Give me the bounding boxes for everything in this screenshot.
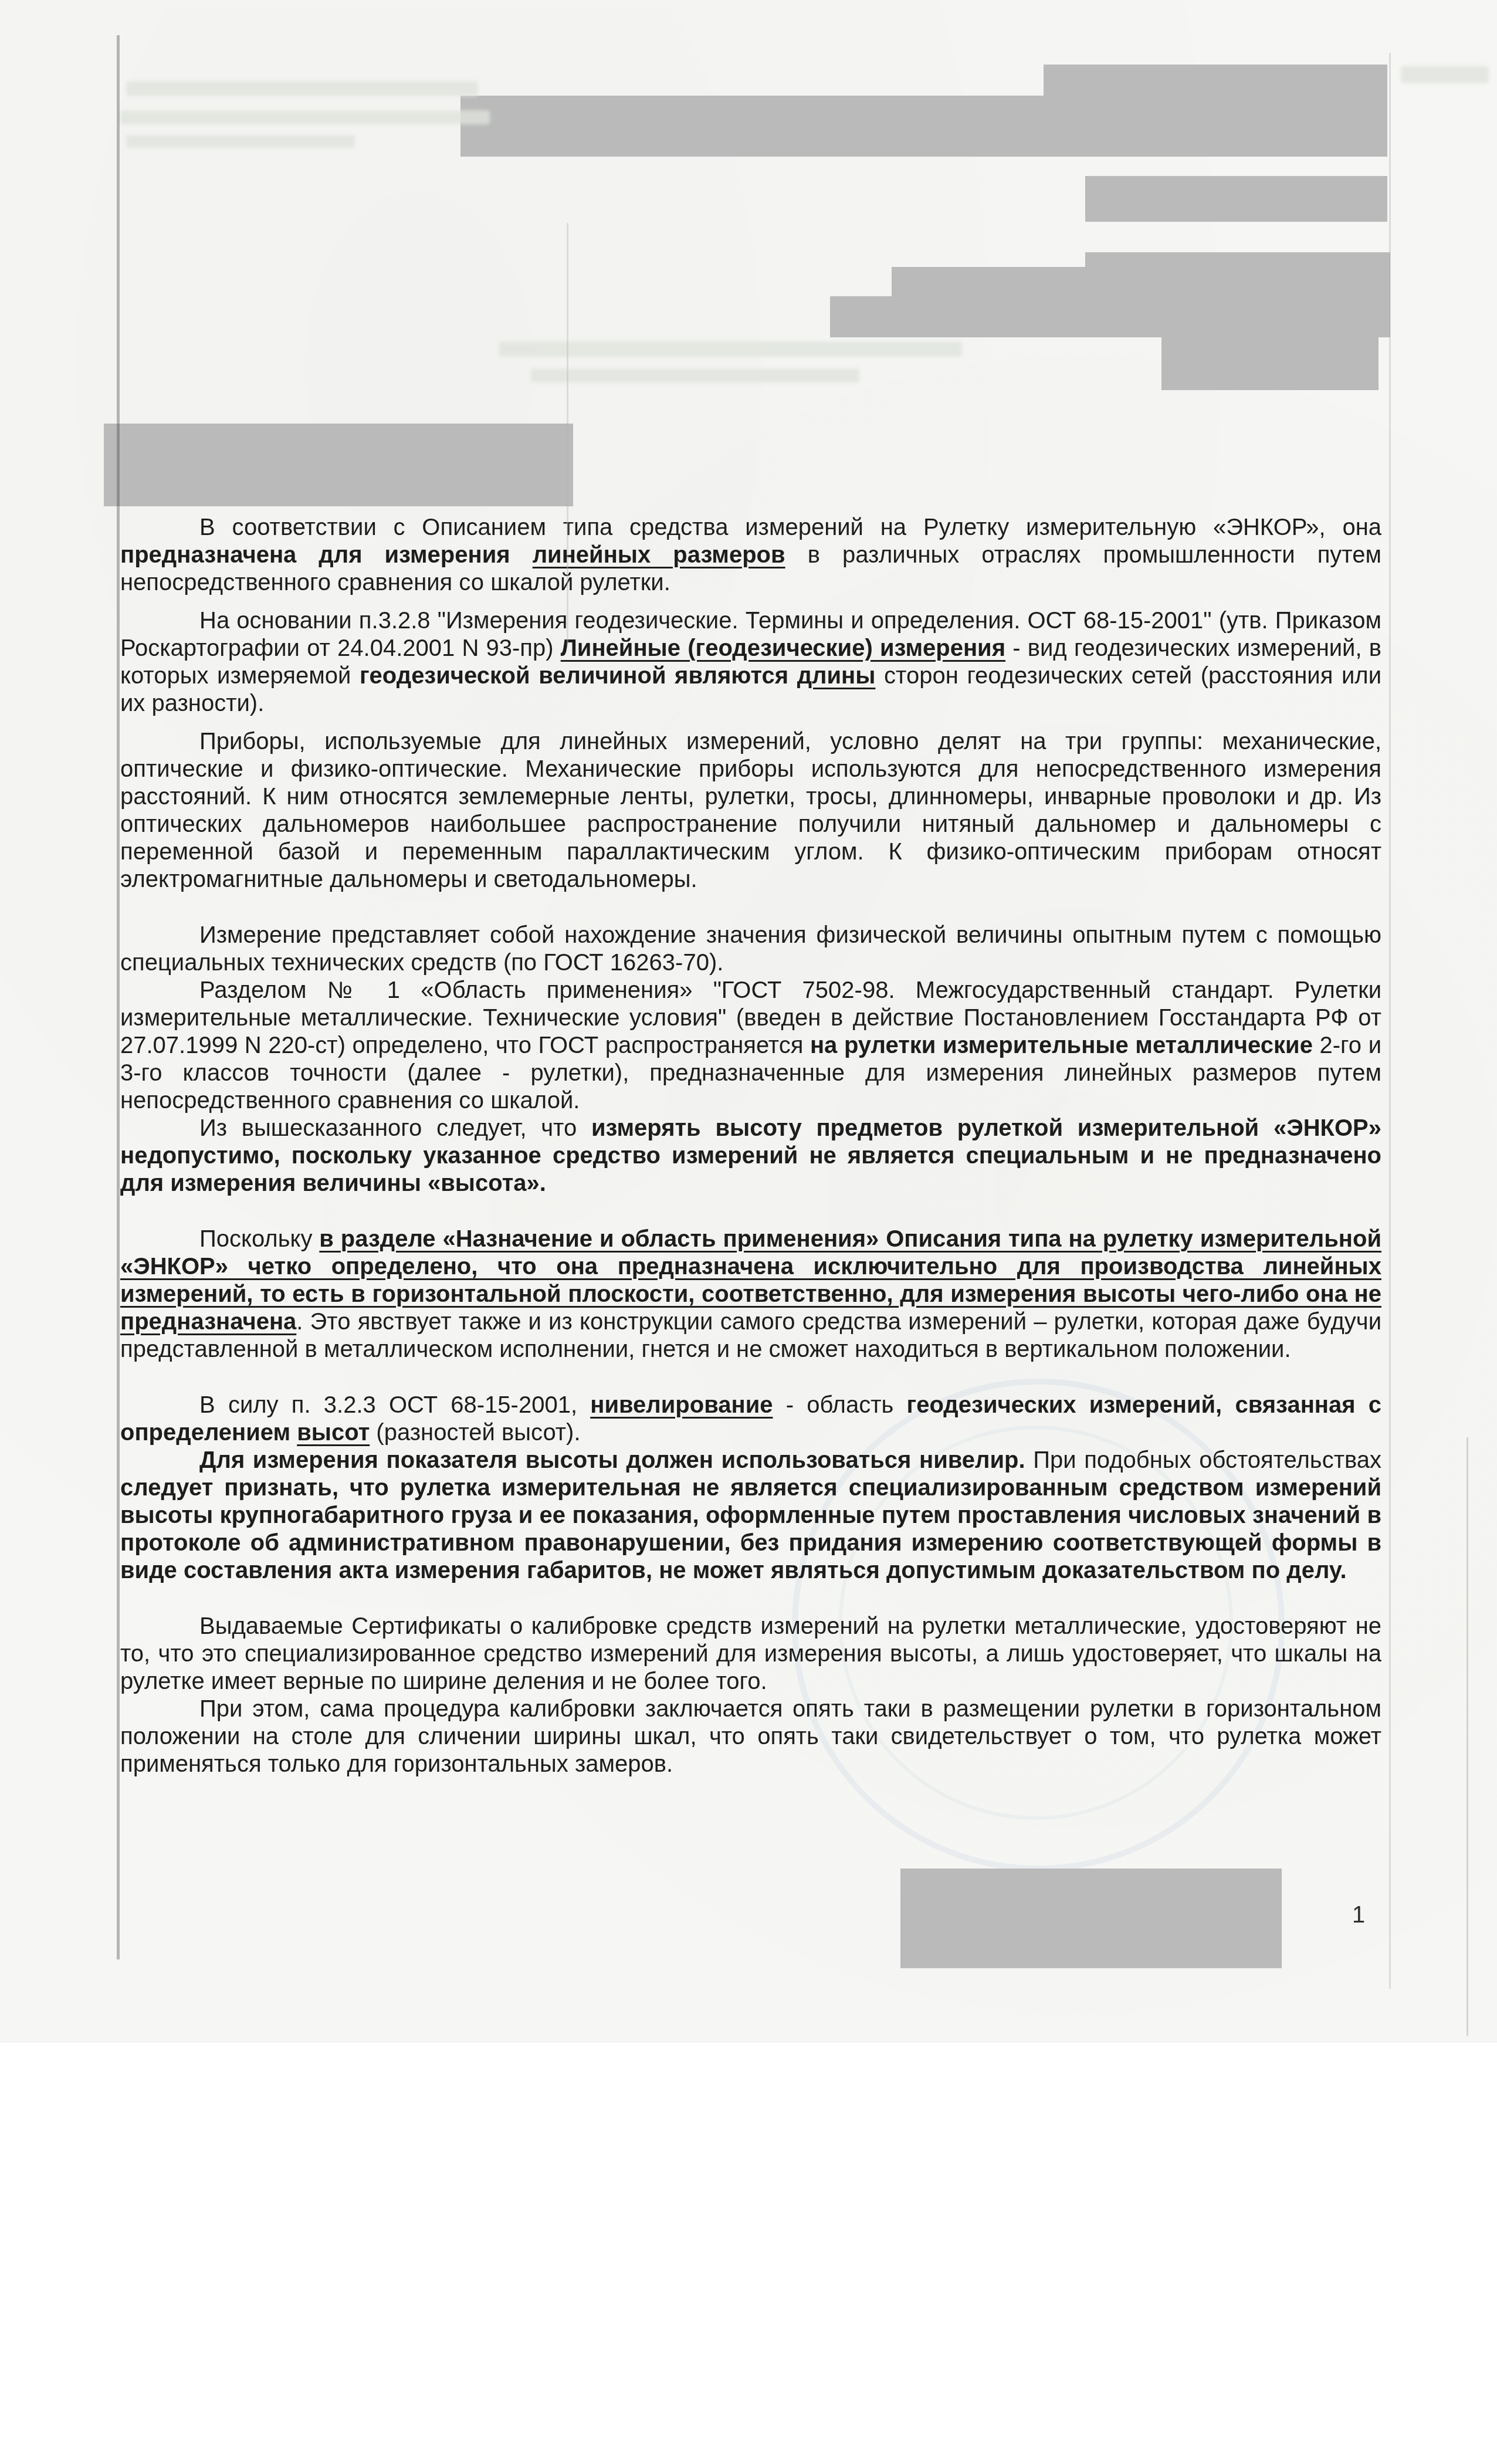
paragraph: Поскольку в разделе «Назначение и област… <box>120 1226 1381 1363</box>
text-segment: Поскольку <box>199 1226 319 1252</box>
text-segment: нивелирование <box>590 1392 773 1418</box>
text-segment: Из вышесказанного следует, что <box>199 1115 591 1141</box>
page-number: 1 <box>1352 1902 1365 1928</box>
text-segment: Измерение представляет собой нахождение … <box>120 922 1381 976</box>
paragraph: Измерение представляет собой нахождение … <box>120 922 1381 977</box>
paragraph: Из вышесказанного следует, что измерять … <box>120 1115 1381 1197</box>
redaction-block <box>104 424 573 506</box>
text-segment: В силу п. 3.2.3 ОСТ 68-15-2001, <box>199 1392 590 1418</box>
scan-area: В соответствии с Описанием типа средства… <box>0 0 1497 2042</box>
redaction-block <box>1161 337 1379 390</box>
redaction-block <box>460 96 1044 157</box>
paragraph: В соответствии с Описанием типа средства… <box>120 514 1381 597</box>
scanned-document-page: В соответствии с Описанием типа средства… <box>0 0 1497 2464</box>
paragraph: В силу п. 3.2.3 ОСТ 68-15-2001, нивелиро… <box>120 1392 1381 1447</box>
text-segment: линейных размеров <box>533 542 785 568</box>
text-segment: Выдаваемые Сертификаты о калибровке сред… <box>120 1613 1381 1694</box>
text-segment: . Это явствует также и из конструкции са… <box>120 1309 1381 1362</box>
text-segment: длины <box>797 663 876 689</box>
text-segment: Для измерения показателя высоты должен и… <box>199 1447 1025 1473</box>
scan-streak-artifact <box>117 35 120 1959</box>
paragraph: Выдаваемые Сертификаты о калибровке сред… <box>120 1613 1381 1695</box>
text-segment: Приборы, используемые для линейных измер… <box>120 729 1381 892</box>
redaction-block <box>900 1869 1282 1968</box>
paragraph: Для измерения показателя высоты должен и… <box>120 1447 1381 1585</box>
faint-text-artifact <box>1401 66 1489 83</box>
text-segment: При подобных обстоятельствах <box>1025 1447 1381 1473</box>
faint-text-artifact <box>120 110 490 124</box>
faint-text-artifact <box>531 368 859 383</box>
redaction-block <box>892 267 1085 337</box>
redaction-block <box>1044 65 1387 157</box>
text-segment: следует признать, что рулетка измеритель… <box>120 1475 1381 1583</box>
scan-streak-artifact <box>1389 53 1391 1989</box>
text-segment: на рулетки измерительные металлические <box>810 1033 1313 1058</box>
text-block: В соответствии с Описанием типа средства… <box>120 514 1381 1778</box>
text-segment: геодезической величиной являются <box>360 663 797 689</box>
redaction-block <box>830 296 892 337</box>
text-segment: При этом, сама процедура калибровки закл… <box>120 1696 1381 1777</box>
text-segment: - область <box>773 1392 906 1418</box>
paragraph: При этом, сама процедура калибровки закл… <box>120 1695 1381 1778</box>
text-segment: (разностей высот). <box>370 1420 580 1446</box>
text-segment: высот <box>297 1420 370 1446</box>
scan-streak-artifact <box>1466 1437 1468 2036</box>
faint-text-artifact <box>126 135 355 148</box>
text-segment: В соответствии с Описанием типа средства… <box>199 515 1381 540</box>
redaction-block <box>1085 252 1390 337</box>
paragraph: Приборы, используемые для линейных измер… <box>120 728 1381 893</box>
scan-streak-artifact <box>567 223 568 645</box>
paragraph: Разделом № 1 «Область применения» "ГОСТ … <box>120 977 1381 1115</box>
text-segment: Линейные (геодезические) измерения <box>561 635 1005 661</box>
redaction-block <box>1085 176 1387 222</box>
text-segment: предназначена для измерения <box>120 542 533 568</box>
faint-text-artifact <box>126 81 478 96</box>
paragraph: На основании п.3.2.8 "Измерения геодезич… <box>120 607 1381 717</box>
